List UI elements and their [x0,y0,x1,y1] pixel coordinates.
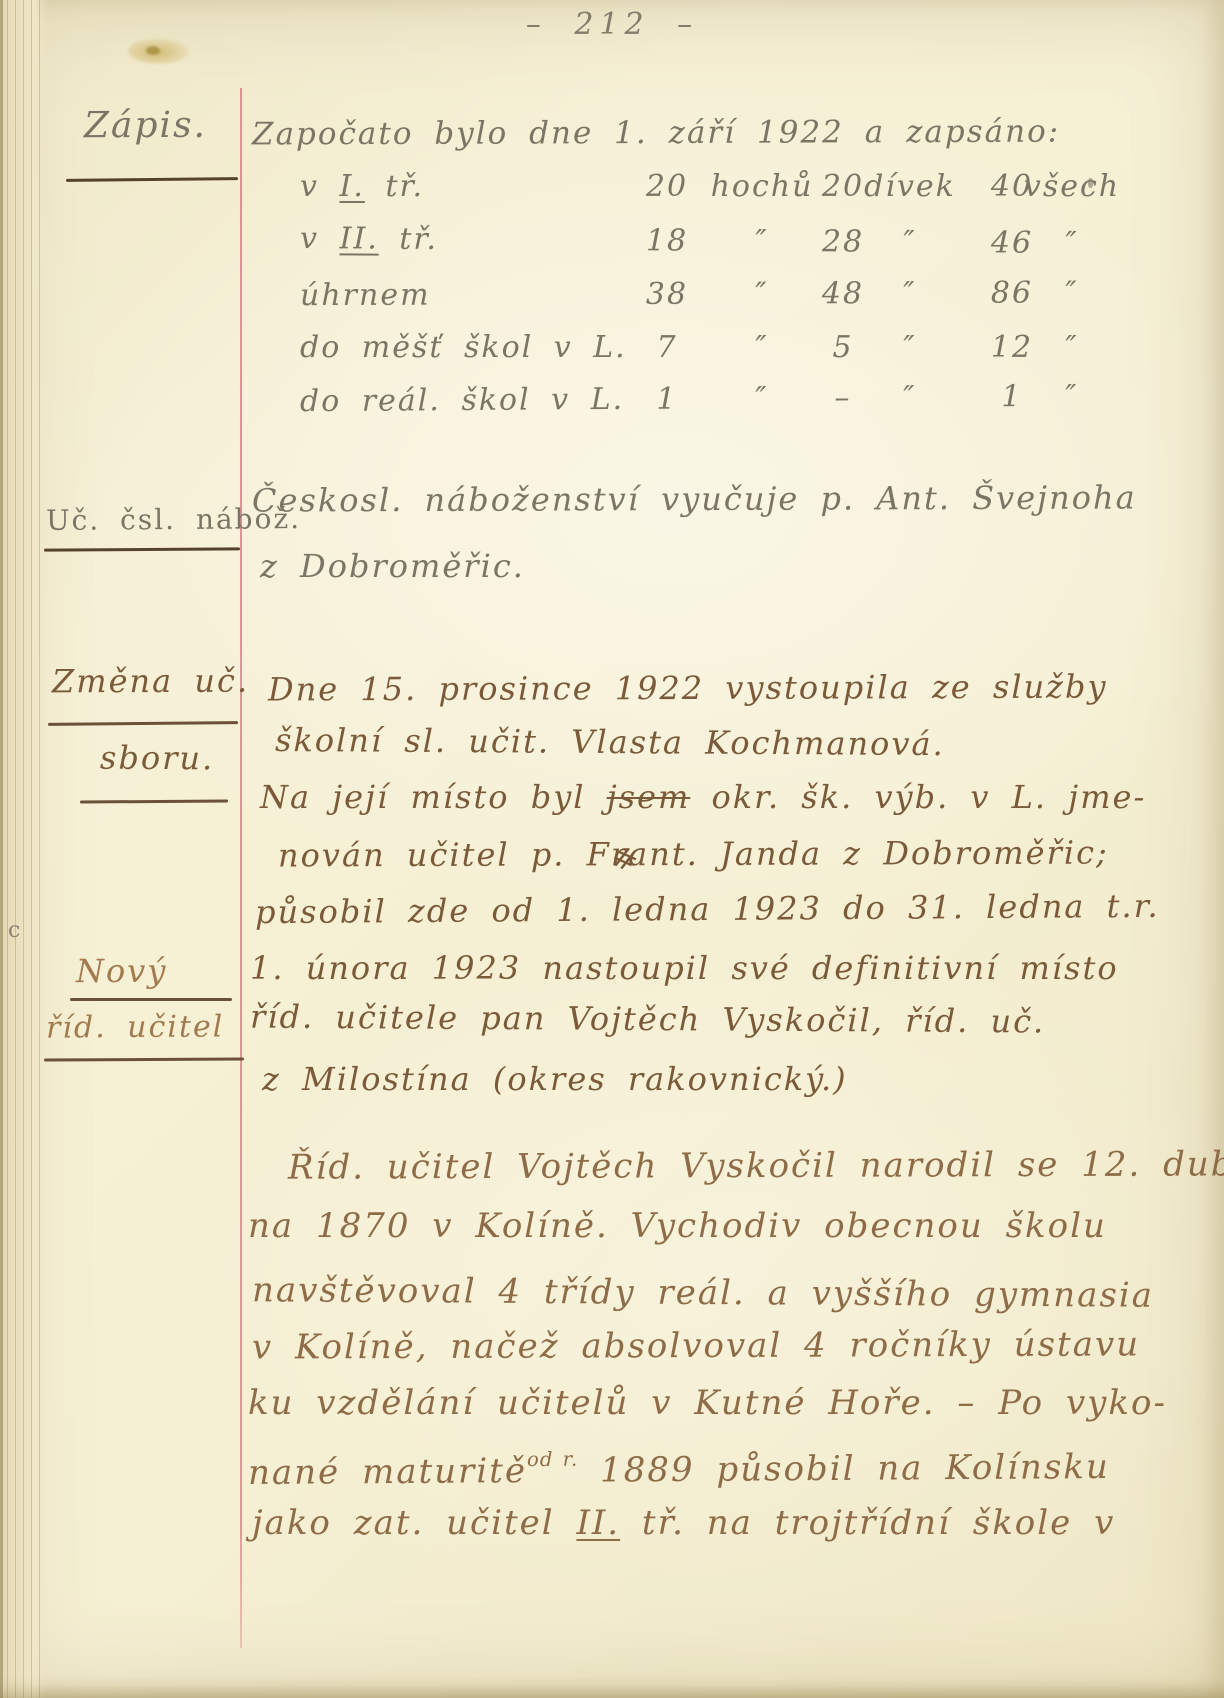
row-label-pre: v [300,221,319,256]
ditto-mark: ″ [1017,333,1127,363]
bio-line-2: na 1870 v Kolíně. Vychodiv obecnou školu [248,1209,1107,1243]
boys-count: 38 [612,280,722,310]
boys-count: 1 [612,384,722,415]
margin-underline-rid-ucitel [44,1057,244,1061]
ditto-mark: ″ [855,383,965,414]
chronicle-page: – 212 – Zápis. Uč. čsl. nábož. Změna uč.… [0,0,1224,1698]
zmena-line-3: Na její místo byl jsem okr. šk. výb. v L… [260,781,1146,813]
superscript-insertion: od r. [527,1448,578,1471]
edge-letter-mark: c [8,918,20,943]
margin-underline-naboz [44,547,240,551]
ditto-mark: ″ [1017,228,1127,259]
bio-line-6: nané maturitěod r. 1889 působil na Kolín… [248,1446,1110,1490]
line-3-end: okr. šk. výb. v L. jme- [690,778,1146,816]
enrollment-row-5: do reál. škol v L. 1 ″ – ″ 1 ″ [0,381,1224,434]
zmena-line-6: 1. února 1923 nastoupil své definitivní … [250,952,1119,984]
row-label: úhrnem [300,281,431,311]
boys-count: 7 [612,333,722,363]
bio-line-1: Říd. učitel Vojtěch Vyskočil narodil se … [288,1147,1224,1184]
row-label-post: tř. [399,222,438,257]
ditto-mark: ″ [1017,381,1127,412]
naboz-line-1: Českosl. náboženství vyučuje p. Ant. Šve… [252,481,1137,516]
row-label-post: tř. [385,169,424,204]
zmena-line-4: nován učitel p. Frant. Janda z Dobroměři… [278,837,1109,872]
struck-word: jsem [607,778,691,816]
margin-label-sboru: sboru. [100,742,214,775]
ditto-mark: ″ [855,333,965,363]
enrollment-row-3: úhrnem 38 ″ 48 ″ 86 ″ [0,278,1224,326]
total-unit: všech [1017,172,1127,202]
row-label-pre: v [300,169,319,204]
page-number: – 212 – [0,10,1224,40]
roman-numeral: II. [576,1503,620,1543]
bio-line-7: jako zat. učitel II. tř. na trojtřídní š… [252,1506,1115,1540]
margin-underline-sboru [80,799,228,803]
line-7-start: jako zat. učitel [252,1503,576,1543]
girls-unit: dívek [855,172,965,202]
row-label: do reál. škol v L. [300,385,624,417]
enrollment-row-2: v II. tř. 18 ″ 28 ″ 46 ″ [0,222,1224,273]
line-6-end: 1889 působil na Kolínsku [578,1447,1110,1491]
margin-underline-novy [70,998,232,1001]
row-label: v II. tř. [300,224,438,255]
boys-count: 20 [612,172,722,202]
line-3-start: Na její místo byl [260,778,607,816]
row-label: do měšť škol v L. [300,333,627,363]
line-7-end: tř. na trojtřídní škole v [620,1503,1115,1543]
bio-line-3: navštěvoval 4 třídy reál. a vyššího gymn… [252,1273,1154,1313]
paper-stain [128,38,190,64]
margin-label-rid-ucitel: říd. učitel [46,1012,225,1043]
zapis-intro-line: Započato bylo dne 1. září 1922 a zapsáno… [252,117,1060,151]
zmena-line-5: působil zde od 1. ledna 1923 do 31. ledn… [255,890,1160,928]
roman-numeral: I. [340,169,365,204]
enrollment-row-4: do měšť škol v L. 7 ″ 5 ″ 12 ″ [0,333,1224,377]
margin-label-zapis: Zápis. [84,108,207,144]
zmena-line-2: školní sl. učit. Vlasta Kochmanová. [275,724,945,760]
zmena-line-1: Dne 15. prosince 1922 vystoupila ze služ… [268,671,1108,706]
zmena-line-7: říd. učitele pan Vojtěch Vyskočil, říd. … [250,1001,1045,1038]
bio-line-5: ku vzdělání učitelů v Kutné Hoře. – Po v… [248,1386,1167,1420]
paper-stain-dot [146,46,160,55]
boys-count: 18 [612,226,722,257]
margin-label-zmena-uc: Změna uč. [52,665,249,698]
ditto-mark: ″ [855,227,965,258]
margin-underline-zmena [48,721,238,726]
row-label: v I. tř. [300,172,424,202]
zmena-line-8: z Milostína (okres rakovnický.) [262,1063,848,1095]
ditto-mark: ″ [1017,278,1127,308]
ditto-mark: ″ [855,279,965,309]
enrollment-row-1: v I. tř. 20 hochů 20 dívek 40 všech [0,172,1224,216]
line-6-start: nané maturitě [248,1451,527,1493]
bio-line-4: v Kolíně, načež absolvoval 4 ročníky úst… [252,1327,1140,1364]
margin-label-novy: Nový [76,955,168,987]
naboz-line-2: z Dobroměřic. [260,550,525,582]
roman-numeral: II. [339,221,378,256]
